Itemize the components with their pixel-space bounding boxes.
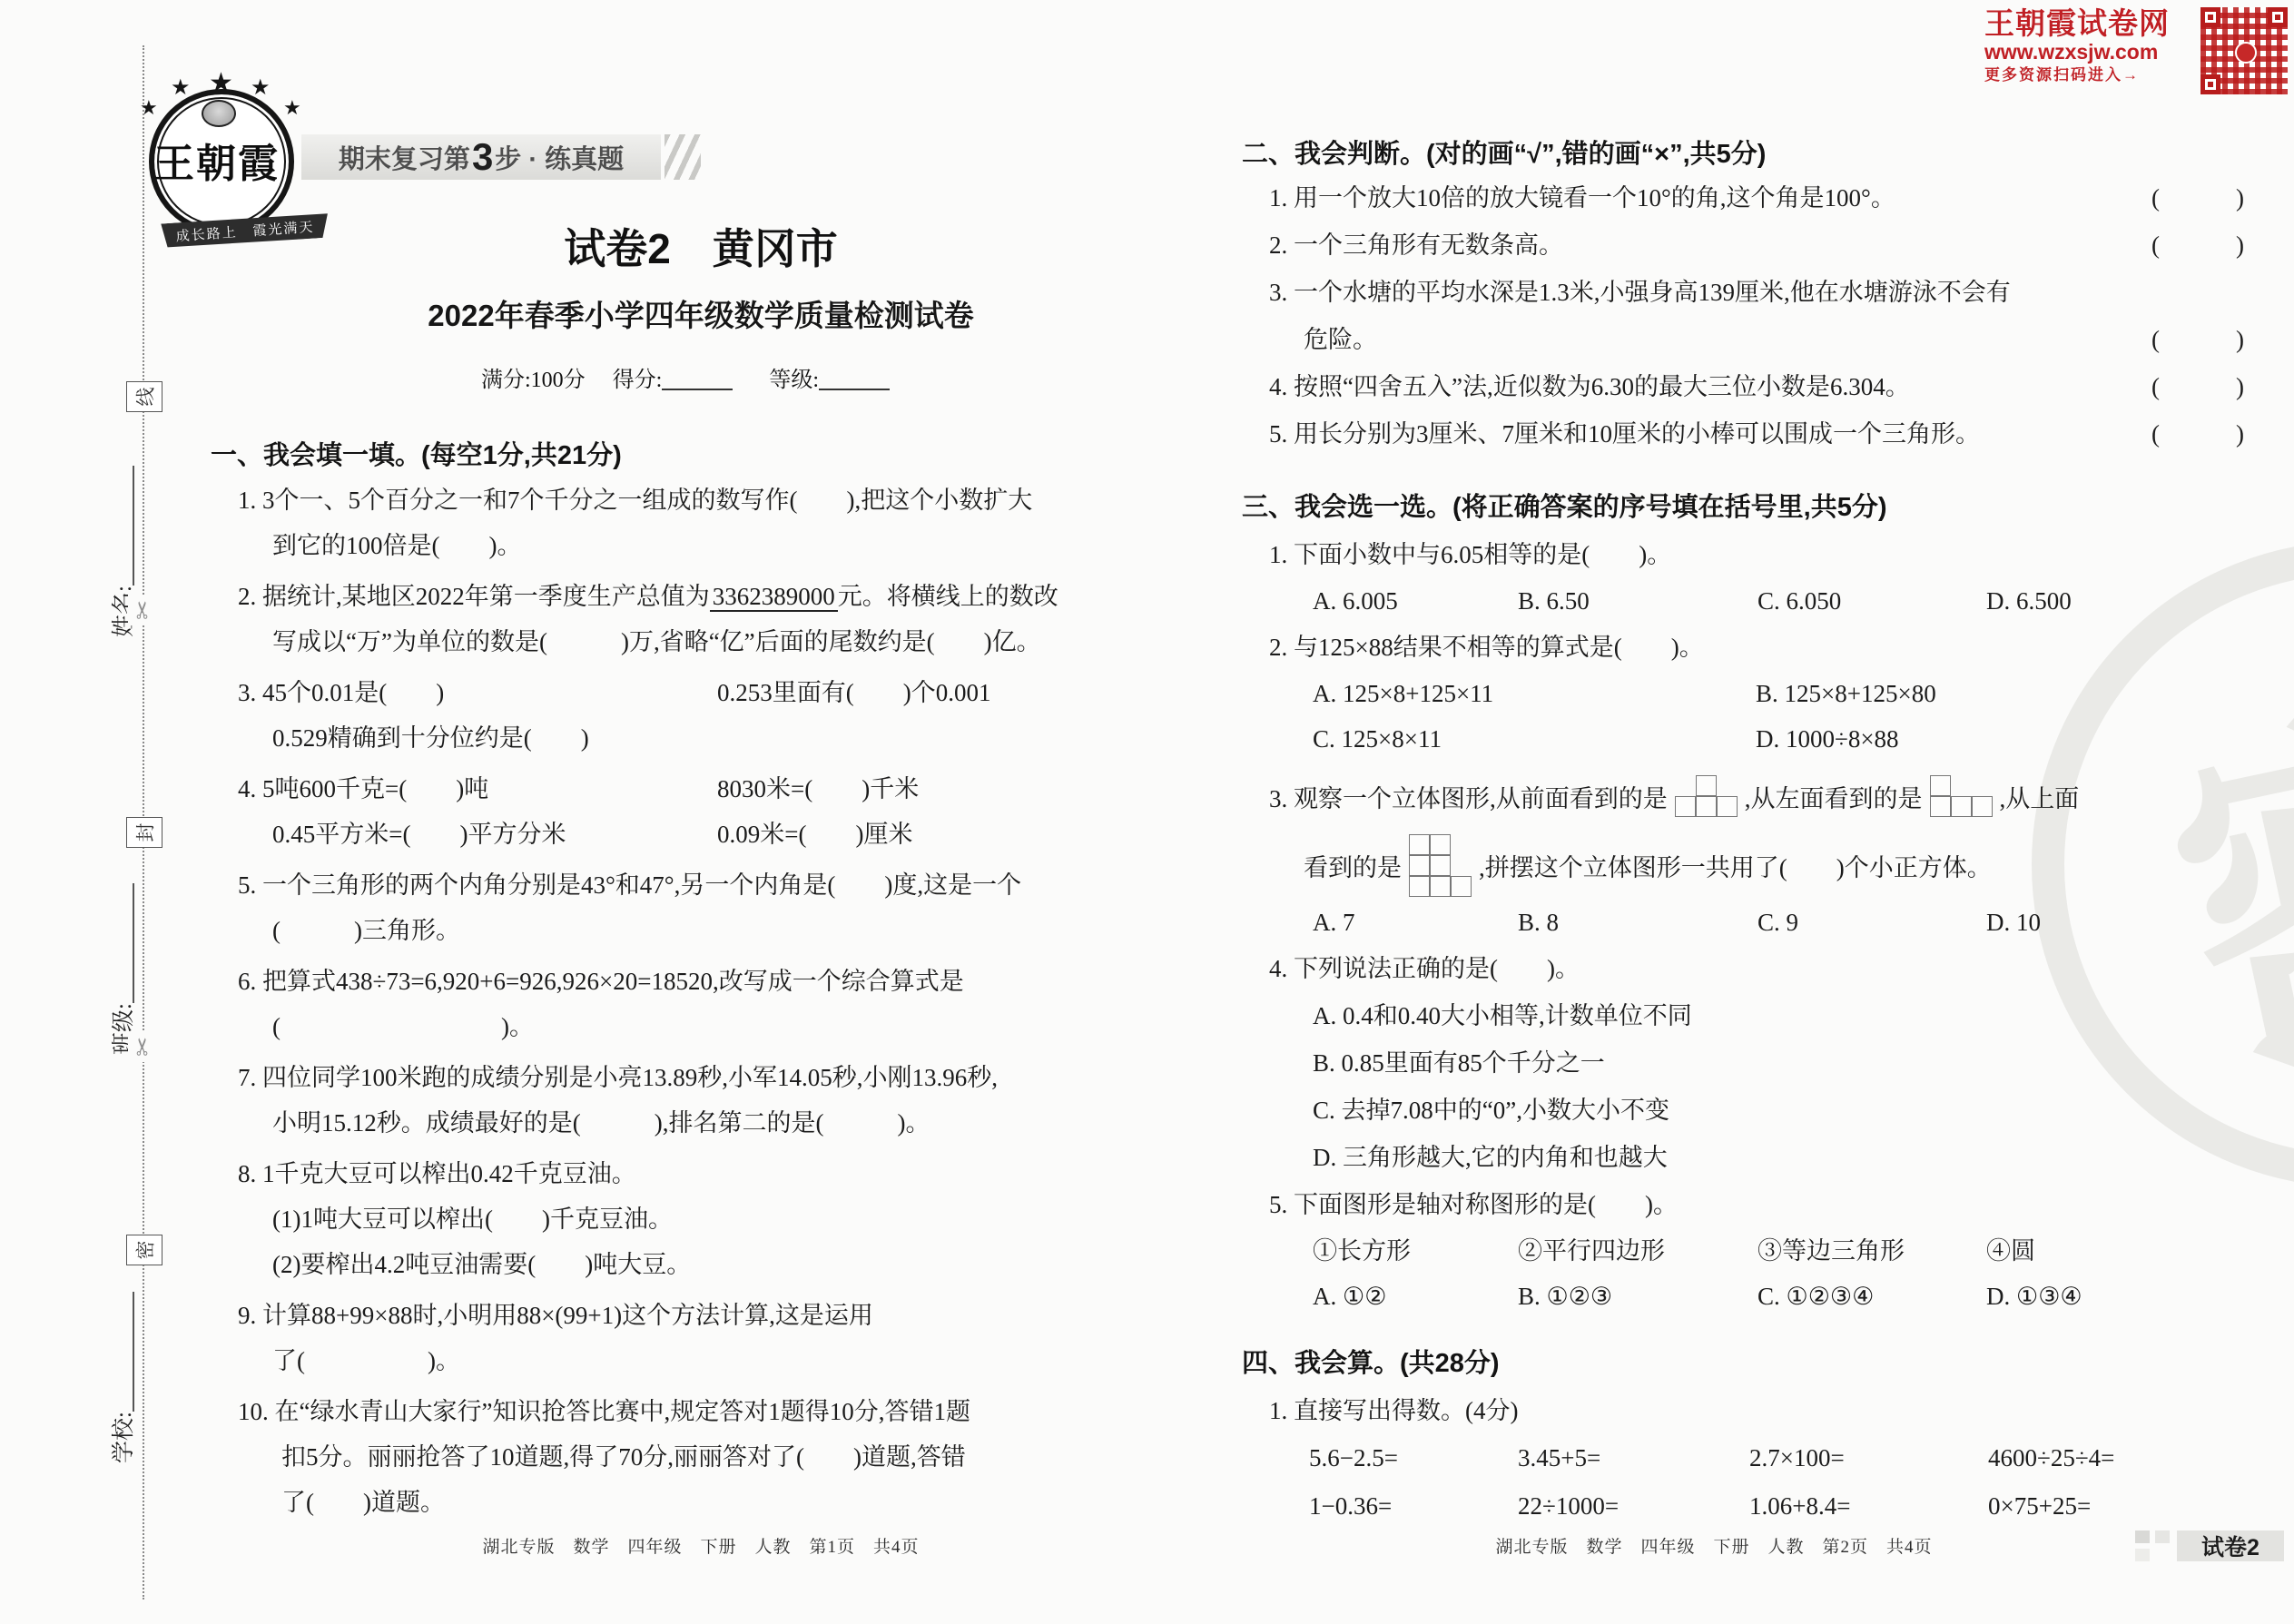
got-score-label: 得分: xyxy=(613,369,663,392)
grid-cell xyxy=(1930,796,1951,817)
grade-label: 等级: xyxy=(769,369,819,392)
fill-blank-line: 1. 3个一、5个百分之一和7个千分之一组成的数写作( ),把这个小数扩大 xyxy=(211,477,1191,523)
option-label: C. 6.050 xyxy=(1757,578,1986,624)
option-row: A. ①②B. ①②③C. ①②③④D. ①③④ xyxy=(1242,1274,2260,1319)
cube-view-front-diagram xyxy=(1675,775,1738,817)
line-text: 0.45平方米=( )平方分米 xyxy=(272,821,566,848)
fill-blank-line: 到它的100倍是( )。 xyxy=(211,523,1191,568)
section-3-heading: 三、我会选一选。(将正确答案的序号填在括号里,共5分) xyxy=(1242,484,2260,531)
line-text: 了( )。 xyxy=(272,1347,460,1374)
qr-finder xyxy=(2200,74,2220,94)
judge-item-line: 1. 用一个放大10倍的放大镜看一个10°的角,这个角是100°。( ) xyxy=(1242,174,2260,221)
paper-title: 试卷2 黄冈市 xyxy=(211,216,1191,276)
answer-parentheses: ( ) xyxy=(2151,363,2253,410)
fill-blank-line: (1)1吨大豆可以榨出( )千克豆油。 xyxy=(211,1196,1191,1242)
fill-blank-line: 4. 5吨600千克=( )吨8030米=( )千米 xyxy=(211,766,1191,812)
line-text: 小明15.12秒。成绩最好的是( ),排名第二的是( )。 xyxy=(272,1109,930,1137)
fill-blank-line: 了( )。 xyxy=(211,1338,1191,1383)
option-label: B. 8 xyxy=(1518,900,1757,945)
grid-cell xyxy=(1951,796,1972,817)
publisher-medal-logo: ★ ★ ★ ★ ★ 王朝霞 成长路上 霞光满天 xyxy=(123,65,323,238)
calc-expression: 5.6−2.5= xyxy=(1309,1434,1518,1482)
option-label: D. ①③④ xyxy=(1986,1274,2260,1319)
grid-cell xyxy=(1696,796,1717,817)
fill-blank-line: 0.529精确到十分位约是( ) xyxy=(211,715,1191,761)
grid-cell xyxy=(1430,876,1451,897)
full-score-label: 满分:100分 xyxy=(481,369,586,392)
star-icon: ★ xyxy=(140,96,158,120)
option-label: C. 125×8×11 xyxy=(1313,716,1756,762)
line-text-column2: 0.09米=( )厘米 xyxy=(717,812,912,857)
line-text: 2. 与125×88结果不相等的算式是( )。 xyxy=(1269,634,1704,661)
line-text-column2: 0.253里面有( )个0.001 xyxy=(717,670,990,715)
author-portrait xyxy=(202,100,236,127)
option-row: A. 7B. 8C. 9D. 10 xyxy=(1242,900,2260,945)
exam-paper-page: 密 线 封 密 ✂ ✂ 姓名: 班级: 学校: ★ ★ ★ ★ ★ 王朝霞 成长… xyxy=(0,0,2294,1624)
option-row: C. 125×8×11D. 1000÷8×88 xyxy=(1242,716,2260,762)
calc-expression: 2.7×100= xyxy=(1749,1434,1988,1482)
seal-char-box: 密 xyxy=(126,1235,162,1265)
site-brand-block: 王朝霞试卷网 www.wzxsjw.com 更多资源扫码进入→ xyxy=(1984,7,2289,94)
star-icon: ★ xyxy=(283,96,301,120)
answer-parentheses: ( ) xyxy=(2151,174,2253,221)
fill-blank-line: 10. 在“绿水青山大家行”知识抢答比赛中,规定答对1题得10分,答错1题 xyxy=(211,1389,1191,1434)
choice-item-stem: 5. 下面图形是轴对称图形的是( )。 xyxy=(1242,1181,2260,1228)
fill-blank-line: 6. 把算式438÷73=6,920+6=926,926×20=18520,改写… xyxy=(211,959,1191,1004)
name-blank xyxy=(132,466,134,586)
line-text: 元。将横线上的数改 xyxy=(838,583,1058,610)
judge-item-line: 4. 按照“四舍五入”法,近似数为6.30的最大三位小数是6.304。( ) xyxy=(1242,363,2260,410)
section-4-heading: 四、我会算。(共28分) xyxy=(1242,1340,2260,1387)
line-text: 扣5分。丽丽抢答了10道题,得了70分,丽丽答对了( )道题,答错 xyxy=(281,1443,966,1471)
line-text: (1)1吨大豆可以榨出( )千克豆油。 xyxy=(272,1206,673,1233)
line-text: 2. 据统计,某地区2022年第一季度生产总值为 xyxy=(238,583,710,610)
qr-code xyxy=(2200,7,2288,94)
fill-blank-line: 3. 45个0.01是( )0.253里面有( )个0.001 xyxy=(211,670,1191,715)
line-text: ( )。 xyxy=(272,1013,534,1040)
banner-step-number: 3 xyxy=(472,135,493,179)
option-row: A. 6.005B. 6.50C. 6.050D. 6.500 xyxy=(1242,578,2260,624)
section-1-heading: 一、我会填一填。(每空1分,共21分) xyxy=(211,432,622,479)
grade-blank xyxy=(819,388,890,390)
line-text: 5. 下面图形是轴对称图形的是( )。 xyxy=(1269,1191,1678,1218)
judge-item-line: 3. 一个水塘的平均水深是1.3米,小强身高139厘米,他在水塘游泳不会有 xyxy=(1242,269,2260,316)
underlined-number: 3362389000 xyxy=(710,583,838,612)
footer-left: 湖北专版 数学 四年级 下册 人教 第1页 共4页 xyxy=(211,1534,1191,1561)
paper-subtitle: 2022年春季小学四年级数学质量检测试卷 xyxy=(211,292,1191,335)
option-line: A. 0.4和0.40大小相等,计数单位不同 xyxy=(1242,992,2260,1039)
option-line: C. 去掉7.08中的“0”,小数大小不变 xyxy=(1242,1087,2260,1134)
option-label: A. 7 xyxy=(1313,900,1518,945)
choice-item-stem: 1. 下面小数中与6.05相等的是( )。 xyxy=(1242,531,2260,578)
option-label: C. 9 xyxy=(1757,900,1986,945)
grid-cell xyxy=(1972,796,1993,817)
option-row: A. 125×8+125×11B. 125×8+125×80 xyxy=(1242,671,2260,716)
school-blank xyxy=(132,1292,134,1412)
school-field: 学校: xyxy=(105,1292,138,1463)
line-text: ,拼摆这个立体图形一共用了( )个小正方体。 xyxy=(1479,848,1992,883)
line-text: 7. 四位同学100米跑的成绩分别是小亮13.89秒,小军14.05秒,小刚13… xyxy=(238,1064,998,1091)
choice-item-stem: 3. 观察一个立体图形,从前面看到的是,从左面看到的是,从上面 xyxy=(1242,762,2260,831)
fill-blank-line: 5. 一个三角形的两个内角分别是43°和47°,另一个内角是( )度,这是一个 xyxy=(211,862,1191,908)
line-text: 9. 计算88+99×88时,小明用88×(99+1)这个方法计算,这是运用 xyxy=(238,1302,873,1329)
line-text: 3. 观察一个立体图形,从前面看到的是 xyxy=(1269,779,1668,814)
choice-item-stem: 4. 下列说法正确的是( )。 xyxy=(1242,945,2260,992)
grid-cell xyxy=(1409,834,1430,855)
seal-char-box: 线 xyxy=(126,381,162,412)
line-text: 8. 1千克大豆可以榨出0.42千克豆油。 xyxy=(238,1160,636,1187)
line-text: 6. 把算式438÷73=6,920+6=926,926×20=18520,改写… xyxy=(238,968,964,995)
line-text: 1. 下面小数中与6.05相等的是( )。 xyxy=(1269,541,1671,568)
option-label: D. 6.500 xyxy=(1986,578,2260,624)
seal-char: 线 xyxy=(131,388,158,407)
site-name: 王朝霞试卷网 xyxy=(1984,7,2197,40)
grid-cell xyxy=(1717,796,1738,817)
fill-blank-line: ( )三角形。 xyxy=(211,908,1191,953)
footer-right: 湖北专版 数学 四年级 下册 人教 第2页 共4页 xyxy=(1242,1534,2186,1561)
option-label: B. 6.50 xyxy=(1518,578,1757,624)
grid-cell xyxy=(1675,796,1696,817)
fill-blank-line: 小明15.12秒。成绩最好的是( ),排名第二的是( )。 xyxy=(211,1100,1191,1146)
calc-expression: 3.45+5= xyxy=(1518,1434,1749,1482)
calc-expression: 1.06+8.4= xyxy=(1749,1482,1988,1530)
line-text: 3. 一个水塘的平均水深是1.3米,小强身高139厘米,他在水塘游泳不会有 xyxy=(1269,279,2011,306)
line-text-column2: 8030米=( )千米 xyxy=(717,766,919,812)
scissors-icon: ✂ xyxy=(128,1031,159,1062)
got-score-blank xyxy=(662,388,733,390)
corner-decoration xyxy=(2135,1549,2150,1561)
choice-item-stem: 看到的是,拼摆这个立体图形一共用了( )个小正方体。 xyxy=(1242,831,2260,900)
seal-char-box: 封 xyxy=(126,817,162,848)
line-text: 1. 用一个放大10倍的放大镜看一个10°的角,这个角是100°。 xyxy=(1269,184,1895,212)
line-text: ,从左面看到的是 xyxy=(1745,779,1923,814)
grid-cell xyxy=(1430,855,1451,876)
option-label: A. 0.4和0.40大小相等,计数单位不同 xyxy=(1313,1002,1692,1029)
line-text: 5. 用长分别为3厘米、7厘米和10厘米的小棒可以围成一个三角形。 xyxy=(1269,420,1980,448)
option-label: ①长方形 xyxy=(1313,1228,1518,1274)
option-label: ②平行四边形 xyxy=(1518,1228,1757,1274)
score-line: 满分:100分 得分: 等级: xyxy=(211,361,1191,393)
line-text: 4. 按照“四舍五入”法,近似数为6.30的最大三位小数是6.304。 xyxy=(1269,373,1910,400)
line-text: 1. 3个一、5个百分之一和7个千分之一组成的数写作( ),把这个小数扩大 xyxy=(238,487,1032,514)
review-step-banner: 期末复习第 3 步 · 练真题 xyxy=(301,134,661,180)
section-4-subheading: 1. 直接写出得数。(4分) xyxy=(1242,1387,2260,1434)
line-text: ,从上面 xyxy=(2000,779,2080,814)
line-text: (2)要榨出4.2吨豆油需要( )吨大豆。 xyxy=(272,1251,691,1278)
site-url: www.wzxsjw.com xyxy=(1984,40,2197,64)
qr-logo-dot xyxy=(2235,42,2257,64)
calc-expression: 22÷1000= xyxy=(1518,1482,1749,1530)
medal-brand-name: 王朝霞 xyxy=(151,131,283,189)
fill-blank-line: 扣5分。丽丽抢答了10道题,得了70分,丽丽答对了( )道题,答错 xyxy=(211,1434,1191,1480)
line-text: 0.529精确到十分位约是( ) xyxy=(272,724,589,752)
option-label: B. 125×8+125×80 xyxy=(1756,671,2260,716)
grid-cell-empty xyxy=(1972,775,1993,796)
section-2-heading: 二、我会判断。(对的画“√”,错的画“×”,共5分) xyxy=(1242,131,1766,178)
grid-cell xyxy=(1409,876,1430,897)
option-label: ④圆 xyxy=(1986,1228,2260,1274)
line-text: 4. 5吨600千克=( )吨 xyxy=(238,775,488,802)
line-text: ( )三角形。 xyxy=(272,917,460,944)
line-text: 2. 一个三角形有无数条高。 xyxy=(1269,231,1563,259)
line-text: 危险。 xyxy=(1304,326,1377,353)
line-text: 3. 45个0.01是( ) xyxy=(238,679,444,706)
grid-cell-empty xyxy=(1451,834,1472,855)
option-row: ①长方形②平行四边形③等边三角形④圆 xyxy=(1242,1228,2260,1274)
fill-blank-line: 写成以“万”为单位的数是( )万,省略“亿”后面的尾数约是( )亿。 xyxy=(211,619,1191,664)
line-text: 了( )道题。 xyxy=(281,1489,445,1516)
corner-decoration xyxy=(2155,1530,2170,1543)
cube-view-left-diagram xyxy=(1930,775,1993,817)
option-label: A. 125×8+125×11 xyxy=(1313,671,1756,716)
banner-text: 期末复习第 xyxy=(339,139,470,176)
fill-blank-line: ( )。 xyxy=(211,1004,1191,1049)
judge-item-line: 危险。( ) xyxy=(1242,316,2260,363)
grid-cell xyxy=(1430,834,1451,855)
judge-item-line: 2. 一个三角形有无数条高。( ) xyxy=(1242,221,2260,269)
seal-char: 密 xyxy=(131,1241,158,1260)
cube-view-top-diagram xyxy=(1409,834,1472,897)
line-text: 写成以“万”为单位的数是( )万,省略“亿”后面的尾数约是( )亿。 xyxy=(272,628,1041,655)
answer-parentheses: ( ) xyxy=(2151,410,2253,458)
option-label: D. 三角形越大,它的内角和也越大 xyxy=(1313,1144,1668,1171)
grid-cell xyxy=(1696,775,1717,796)
corner-decoration xyxy=(2135,1530,2150,1543)
option-label: D. 10 xyxy=(1986,900,2260,945)
class-blank xyxy=(132,883,134,1003)
class-field: 班级: xyxy=(105,883,138,1055)
option-label: A. 6.005 xyxy=(1313,578,1518,624)
option-label: C. ①②③④ xyxy=(1757,1274,1986,1319)
section-2-items: 1. 用一个放大10倍的放大镜看一个10°的角,这个角是100°。( )2. 一… xyxy=(1242,174,2260,458)
fill-blank-line: 9. 计算88+99×88时,小明用88×(99+1)这个方法计算,这是运用 xyxy=(211,1293,1191,1338)
line-text: 5. 一个三角形的两个内角分别是43°和47°,另一个内角是( )度,这是一个 xyxy=(238,871,1021,899)
fill-blank-line: 了( )道题。 xyxy=(211,1480,1191,1525)
option-label: A. ①② xyxy=(1313,1274,1518,1319)
grid-cell xyxy=(1409,855,1430,876)
calc-expression: 1−0.36= xyxy=(1309,1482,1518,1530)
answer-parentheses: ( ) xyxy=(2151,221,2253,269)
option-label: ③等边三角形 xyxy=(1757,1228,1986,1274)
grid-cell xyxy=(1451,876,1472,897)
fill-blank-line: 0.45平方米=( )平方分米0.09米=( )厘米 xyxy=(211,812,1191,857)
line-text: 看到的是 xyxy=(1304,848,1402,883)
line-text: 10. 在“绿水青山大家行”知识抢答比赛中,规定答对1题得10分,答错1题 xyxy=(238,1398,970,1425)
calculation-row: 5.6−2.5=3.45+5=2.7×100=4600÷25÷4= xyxy=(1242,1434,2260,1482)
fill-blank-line: 2. 据统计,某地区2022年第一季度生产总值为3362389000元。将横线上… xyxy=(211,574,1191,619)
line-text: 4. 下列说法正确的是( )。 xyxy=(1269,955,1580,982)
grid-cell-empty xyxy=(1717,775,1738,796)
seal-char: 封 xyxy=(131,823,158,842)
corner-tab: 试卷2 xyxy=(2177,1530,2284,1561)
grid-cell xyxy=(1930,775,1951,796)
school-label: 学校: xyxy=(112,1412,136,1463)
option-line: B. 0.85里面有85个千分之一 xyxy=(1242,1039,2260,1087)
grid-cell-empty xyxy=(1451,855,1472,876)
fill-blank-line: (2)要榨出4.2吨豆油需要( )吨大豆。 xyxy=(211,1242,1191,1287)
answer-parentheses: ( ) xyxy=(2151,316,2253,363)
fill-blank-line: 7. 四位同学100米跑的成绩分别是小亮13.89秒,小军14.05秒,小刚13… xyxy=(211,1055,1191,1100)
option-label: B. ①②③ xyxy=(1518,1274,1757,1319)
judge-item-line: 5. 用长分别为3厘米、7厘米和10厘米的小棒可以围成一个三角形。( ) xyxy=(1242,410,2260,458)
option-label: D. 1000÷8×88 xyxy=(1756,716,2260,762)
line-text: 到它的100倍是( )。 xyxy=(272,532,521,559)
banner-text: 步 · 练真题 xyxy=(495,139,624,176)
section-3: 三、我会选一选。(将正确答案的序号填在括号里,共5分)1. 下面小数中与6.05… xyxy=(1242,484,2260,1319)
qr-finder xyxy=(2268,7,2288,27)
section-4: 四、我会算。(共28分)1. 直接写出得数。(4分)5.6−2.5=3.45+5… xyxy=(1242,1340,2260,1530)
choice-item-stem: 2. 与125×88结果不相等的算式是( )。 xyxy=(1242,624,2260,671)
grid-cell-empty xyxy=(1951,775,1972,796)
qr-finder xyxy=(2200,7,2220,27)
calculation-row: 1−0.36=22÷1000=1.06+8.4=0×75+25= xyxy=(1242,1482,2260,1530)
section-1-items: 1. 3个一、5个百分之一和7个千分之一组成的数写作( ),把这个小数扩大到它的… xyxy=(211,477,1191,1525)
fill-blank-line: 8. 1千克大豆可以榨出0.42千克豆油。 xyxy=(211,1151,1191,1196)
grid-cell-empty xyxy=(1675,775,1696,796)
scissors-icon: ✂ xyxy=(128,595,159,625)
option-label: B. 0.85里面有85个千分之一 xyxy=(1313,1049,1605,1077)
option-line: D. 三角形越大,它的内角和也越大 xyxy=(1242,1134,2260,1181)
option-label: C. 去掉7.08中的“0”,小数大小不变 xyxy=(1313,1097,1669,1124)
calc-expression: 0×75+25= xyxy=(1988,1482,2260,1530)
site-tagline: 更多资源扫码进入→ xyxy=(1984,64,2197,86)
calc-expression: 4600÷25÷4= xyxy=(1988,1434,2260,1482)
